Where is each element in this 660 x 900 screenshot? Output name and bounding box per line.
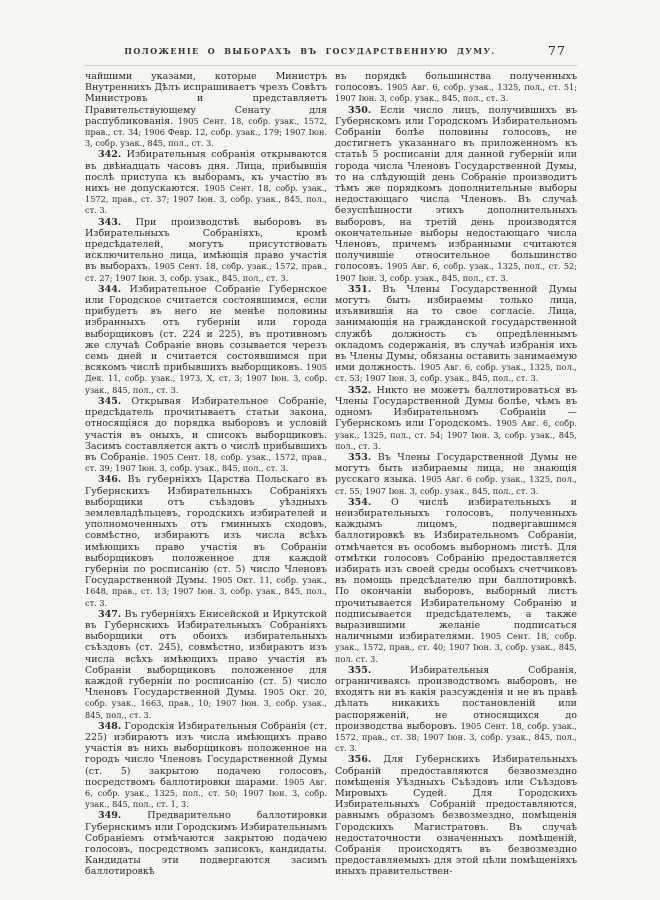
column-left: чайшими указами, которые Министръ Внутре… bbox=[85, 71, 327, 878]
article-number: 354. bbox=[348, 497, 371, 508]
article-number: 350. bbox=[348, 105, 371, 116]
article-number: 343. bbox=[98, 217, 121, 228]
article-number: 349. bbox=[98, 810, 121, 821]
text-block: чайшими указами, которые Министръ Внутре… bbox=[85, 71, 577, 878]
article-text: Для Губернскихъ Избирательныхъ Собраній … bbox=[335, 754, 577, 877]
article-paragraph-350: 350. Если число лицъ, получившихъ въ Губ… bbox=[335, 105, 577, 284]
article-number: 347. bbox=[98, 609, 121, 620]
article-text: Если число лицъ, получившихъ въ Губернск… bbox=[335, 105, 577, 273]
article-number: 348. bbox=[98, 721, 121, 732]
article-number: 352. bbox=[348, 385, 371, 396]
article-paragraph-347: 347. Въ губерніяхъ Енисейской и Иркутско… bbox=[85, 609, 327, 721]
article-number: 351. bbox=[348, 284, 371, 295]
article-text: Избирательное Собраніе Губернское или Го… bbox=[85, 284, 327, 373]
article-number: 355. bbox=[348, 665, 371, 676]
article-paragraph-342: 342. Избирательныя собранія открываются … bbox=[85, 149, 327, 216]
article-text: Въ Члены Государственной Думы могутъ быт… bbox=[335, 284, 577, 373]
article-paragraph-345: 345. Открывая Избирательное Собраніе, пр… bbox=[85, 396, 327, 474]
article-paragraph-356: 356. Для Губернскихъ Избирательныхъ Собр… bbox=[335, 754, 577, 877]
article-paragraph-349: 349. Предварительно баллотировки Губернс… bbox=[85, 810, 327, 877]
running-header-title: ПОЛОЖЕНІЕ О ВЫБОРАХЪ ВЪ ГОСУДАРСТВЕННУЮ … bbox=[85, 46, 535, 56]
article-paragraph-355: 355. Избирательныя Собранія, ограничивая… bbox=[335, 665, 577, 755]
article-paragraph-351: 351. Въ Члены Государственной Думы могут… bbox=[335, 284, 577, 385]
article-text: О числѣ избирательныхъ и неизбирательных… bbox=[335, 497, 577, 642]
article-number: 346. bbox=[98, 474, 121, 485]
article-number: 353. bbox=[348, 452, 371, 463]
article-paragraph-352: 352. Никто не можетъ баллотироваться въ … bbox=[335, 385, 577, 452]
article-paragraph-343: 343. При производствѣ выборовъ въ Избира… bbox=[85, 217, 327, 284]
article-paragraph-346: 346. Въ губерніяхъ Царства Польскаго въ … bbox=[85, 474, 327, 608]
article-text: Въ губерніяхъ Енисейской и Иркутской въ … bbox=[85, 609, 327, 698]
article-text: Предварительно баллотировки Губернскимъ … bbox=[85, 810, 327, 877]
article-number: 356. bbox=[348, 754, 371, 765]
article-paragraph-continuation: въ порядкѣ большинства полученныхъ голос… bbox=[335, 71, 577, 105]
article-number: 345. bbox=[98, 396, 121, 407]
header-rule bbox=[84, 65, 577, 66]
article-paragraph-354: 354. О числѣ избирательныхъ и неизбирате… bbox=[335, 497, 577, 665]
article-paragraph-344: 344. Избирательное Собраніе Губернское и… bbox=[85, 284, 327, 396]
article-paragraph-continuation: чайшими указами, которые Министръ Внутре… bbox=[85, 71, 327, 149]
article-text: Въ губерніяхъ Царства Польскаго въ Губер… bbox=[85, 474, 327, 586]
article-paragraph-348: 348. Городскія Избирательныя Собранія (с… bbox=[85, 721, 327, 811]
page-number: 77 bbox=[548, 43, 566, 58]
column-right: въ порядкѣ большинства полученныхъ голос… bbox=[335, 71, 577, 878]
article-number: 344. bbox=[98, 284, 121, 295]
article-paragraph-353: 353. Въ Члены Государственной Думы не мо… bbox=[335, 452, 577, 497]
article-number: 342. bbox=[98, 149, 121, 160]
scanned-document-page: ПОЛОЖЕНІЕ О ВЫБОРАХЪ ВЪ ГОСУДАРСТВЕННУЮ … bbox=[0, 0, 660, 900]
